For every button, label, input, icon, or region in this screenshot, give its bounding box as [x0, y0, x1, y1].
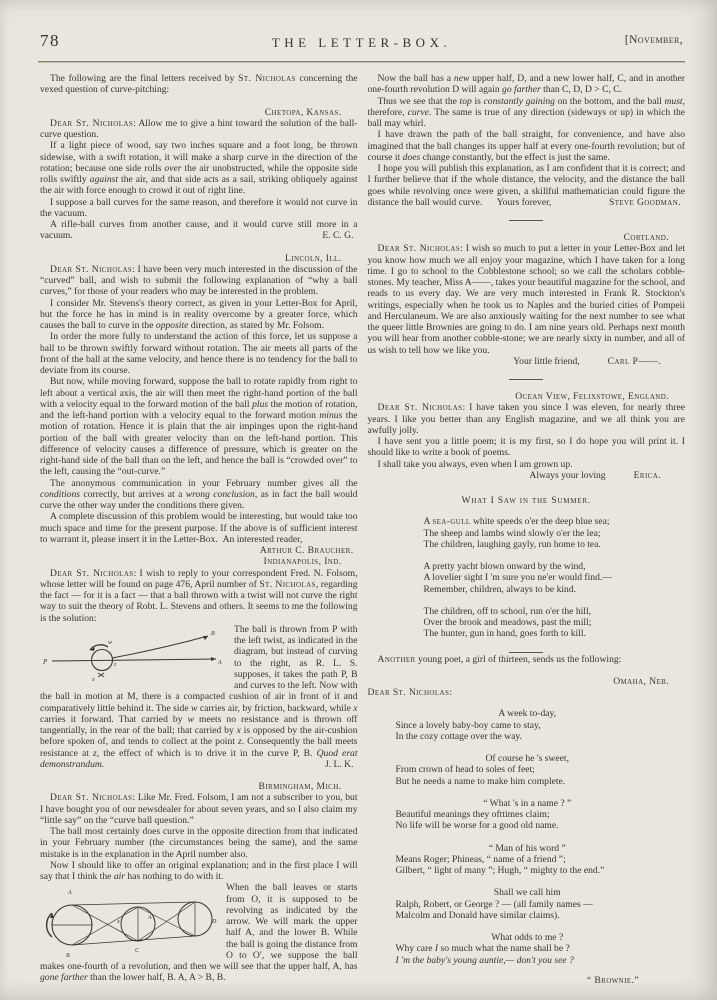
- poem-signature: “ Brownie.”: [368, 975, 686, 986]
- figure-with-text: P B A w z x The ball is thrown from P wi…: [40, 624, 358, 770]
- poem-line: Since a lovely baby-boy came to stay,: [396, 720, 660, 731]
- letter-paragraph: Dear St. Nicholas: Allow me to give a hi…: [40, 118, 358, 141]
- letter-paragraph: Now the ball has a new upper half, D, an…: [368, 73, 686, 96]
- letter-paragraph: Dear St. Nicholas: I wish to reply to yo…: [40, 568, 358, 624]
- poem-line: A week to-day,: [396, 708, 660, 719]
- signoff-closing: Your little friend,: [513, 356, 579, 367]
- poem-title: What I Saw in the Summer.: [368, 495, 686, 506]
- diagram-label-z: z: [113, 662, 117, 668]
- diagram-label-a: A: [67, 890, 72, 896]
- column-right: Now the ball has a new upper half, D, an…: [368, 73, 686, 1000]
- poem: A sea-gull white speeds o'er the deep bl…: [368, 516, 686, 639]
- letter-paragraph: I hope you will publish this explanation…: [368, 163, 686, 208]
- poem-line: “ Man of his word ”: [396, 843, 660, 854]
- poem-line: A sea-gull white speeds o'er the deep bl…: [424, 516, 686, 527]
- poem-line: Remember, children, always to be kind.: [424, 584, 686, 595]
- magazine-page: 78 THE LETTER-BOX. [November, The follow…: [0, 0, 717, 1000]
- poem-line: Over the brook and meadows, past the mil…: [424, 617, 686, 628]
- letter-paragraph: I shall take you always, even when I am …: [368, 459, 686, 470]
- poem-line: A lovelier sight I 'm sure you ne'er wou…: [424, 572, 686, 583]
- diagram-label-x: x: [91, 677, 95, 683]
- poem-stanza: Of course he 's sweet,From crown of head…: [396, 753, 660, 787]
- poem-line: No life will be worse for a good old nam…: [396, 820, 660, 831]
- poem-stanza: “ Man of his word ”Means Roger; Phineas,…: [396, 843, 660, 877]
- letter-paragraph: I suppose a ball curves for the same rea…: [40, 197, 358, 220]
- poem-line: Malcolm and Donald have similar claims).: [396, 910, 660, 921]
- diagram-label-b: B: [211, 631, 215, 637]
- letter-paragraph: I have drawn the path of the ball straig…: [368, 129, 686, 163]
- letter-signoff: Always your lovingErica.: [368, 470, 686, 481]
- poem-line: Shall we call him: [396, 887, 660, 898]
- signature-name: Erica.: [634, 470, 661, 481]
- signature: Steve Goodman.: [599, 197, 685, 208]
- letter-dateline: Cortland.: [368, 232, 686, 243]
- signoff-closing: Always your loving: [529, 470, 605, 481]
- diagram-label-p: P: [42, 658, 48, 666]
- poem-line: What odds to me ?: [396, 932, 660, 943]
- letter-dateline: Ocean View, Felixstowe, England.: [368, 391, 686, 402]
- letter-paragraph: Dear St. Nicholas:: [368, 687, 686, 698]
- page-header: 78 THE LETTER-BOX. [November,: [40, 30, 683, 56]
- page-title: THE LETTER-BOX.: [40, 35, 683, 51]
- poem-stanza: Shall we call himRalph, Robert, or Georg…: [396, 887, 660, 921]
- diagram-label-w: w: [108, 640, 112, 646]
- poem-line: A pretty yacht blown onward by the wind,: [424, 561, 686, 572]
- letter-paragraph: Dear St. Nicholas: Like Mr. Fred. Folsom…: [40, 792, 358, 826]
- poem: A week to-day,Since a lovely baby-boy ca…: [368, 708, 686, 966]
- poem-line: The hunter, gun in hand, goes forth to k…: [424, 628, 686, 639]
- ball-path-diagram: P B A w z x: [40, 627, 226, 685]
- letter-paragraph: Dear St. Nicholas: I have taken you sinc…: [368, 402, 686, 436]
- signature: E. C. G.: [312, 230, 357, 241]
- signature-name: Carl P——.: [608, 356, 661, 367]
- poem-line: I 'm the baby's young auntie,— don't you…: [396, 955, 660, 966]
- letter-paragraph: The anonymous communication in your Febr…: [40, 478, 358, 512]
- diagram-label-a2: A: [147, 915, 152, 921]
- letter-signoff: Your little friend,Carl P——.: [368, 356, 686, 367]
- poem-stanza: A pretty yacht blown onward by the wind,…: [424, 561, 686, 595]
- letter-paragraph: Dear St. Nicholas: I wish so much to put…: [368, 243, 686, 356]
- poem-stanza: “ What 's in a name ? ”Beautiful meaning…: [396, 798, 660, 832]
- poem-stanza: A sea-gull white speeds o'er the deep bl…: [424, 516, 686, 550]
- poem-line: The children, off to school, run o'er th…: [424, 606, 686, 617]
- letter-paragraph: I consider Mr. Stevens's theory correct,…: [40, 298, 358, 332]
- letter-paragraph: Another young poet, a girl of thirteen, …: [368, 654, 686, 665]
- letter-paragraph: A complete discussion of this problem wo…: [40, 511, 358, 545]
- poem-stanza: A week to-day,Since a lovely baby-boy ca…: [396, 708, 660, 742]
- signature-name: “ Brownie.”: [587, 975, 639, 986]
- letter-paragraph: I have sent you a little poem; it is my …: [368, 436, 686, 459]
- letter-paragraph: Thus we see that the top is constantly g…: [368, 96, 686, 130]
- letter-dateline: Omaha, Neb.: [368, 676, 686, 687]
- separator-rule: [509, 220, 543, 221]
- issue-label: [November,: [625, 34, 683, 46]
- page-content: The following are the final letters rece…: [40, 73, 685, 1000]
- letter-paragraph: Dear St. Nicholas: I have been very much…: [40, 264, 358, 298]
- signature: Arthur C. Braucher.: [250, 545, 358, 556]
- letter-dateline: Birmingham, Mich.: [40, 781, 358, 792]
- column-left: The following are the final letters rece…: [40, 73, 358, 1000]
- letter-paragraph: The ball most certainly does curve in th…: [40, 826, 358, 860]
- separator-rule: [509, 379, 543, 380]
- poem-line: Of course he 's sweet,: [396, 753, 660, 764]
- poem-stanza: The children, off to school, run o'er th…: [424, 606, 686, 640]
- poem-line: Ralph, Robert, or George ? — (all family…: [396, 899, 660, 910]
- diagram-label-a: A: [217, 660, 222, 666]
- poem-line: In the cozy cottage over the way.: [396, 731, 660, 742]
- figure-with-text: A B x A C D When the ball leaves or star…: [40, 882, 358, 983]
- diagram-label-x: x: [116, 919, 120, 925]
- letter-paragraph: A rifle-ball curves from another cause, …: [40, 219, 358, 242]
- letter-paragraph: But now, while moving forward, suppose t…: [40, 376, 358, 477]
- poem-stanza: What odds to me ?Why care I so much what…: [396, 932, 660, 966]
- signature: J. L. K.: [325, 759, 358, 770]
- poem-line: But he needs a name to make him complete…: [396, 776, 660, 787]
- letter-dateline: Chetopa, Kansas.: [40, 107, 358, 118]
- letter-paragraph: In order the more fully to understand th…: [40, 331, 358, 376]
- poem-line: Gilbert, “ light of many ”; Hugh, “ migh…: [396, 865, 660, 876]
- letter-dateline: Indianapolis, Ind.: [40, 556, 358, 567]
- poem-line: The children, laughing gayly, run home t…: [424, 539, 686, 550]
- letter-dateline: Lincoln, Ill.: [40, 253, 358, 264]
- poem-line: Means Roger; Phineas, “ name of a friend…: [396, 854, 660, 865]
- letter-paragraph: If a light piece of wood, say two inches…: [40, 140, 358, 196]
- diagram-label-c: C: [135, 948, 140, 954]
- separator-rule: [509, 652, 543, 653]
- header-rule: [38, 61, 685, 63]
- poem-line: “ What 's in a name ? ”: [396, 798, 660, 809]
- diagram-label-d: D: [211, 919, 217, 925]
- poem-line: The sheep and lambs wind slowly o'er the…: [424, 528, 686, 539]
- poem-line: Beautiful meanings they ofttimes claim;: [396, 809, 660, 820]
- poem-line: From crown of head to soles of feet;: [396, 764, 660, 775]
- poem-line: Why care I so much what the name shall b…: [396, 943, 660, 954]
- diagram-label-b: B: [66, 953, 70, 959]
- revolving-ball-diagram: A B x A C D: [40, 885, 218, 959]
- letter-paragraph: Now I should like to offer an original e…: [40, 860, 358, 883]
- intro-paragraph: The following are the final letters rece…: [40, 73, 358, 96]
